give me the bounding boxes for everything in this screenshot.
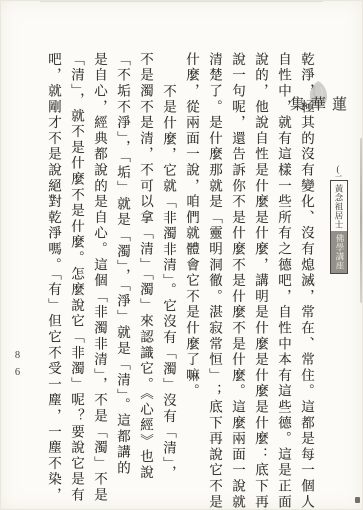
text-column: 是自心，經典都說的是自心。這個「非濁非清」，不是「濁」不是	[92, 52, 106, 503]
series-label: 佛學講座	[331, 231, 347, 273]
text-column: 說一句呢，還告訴你不是什麼不是什麼不是什麼。這麼兩面一說就	[230, 52, 244, 510]
author-name: 黃念祖居士	[332, 181, 346, 231]
text-column: 說的，他說自性是什麼是什麼，講明是什麼是什麼是什麼：底下再	[253, 52, 267, 510]
book-page: 蓮華集 (二) 黃念祖居士 佛學講座 乾淨，極其的沒有變化、沒有熄滅，常在、常住…	[0, 0, 363, 510]
page-number: 86	[12, 350, 23, 384]
author-label-box: 黃念祖居士 佛學講座	[330, 180, 348, 274]
scan-speck-artifact	[355, 497, 360, 503]
text-column: 什麼，從兩面一說，咱們就體會它不是什麼了嘛。	[184, 52, 198, 400]
text-column: 清楚了。是什麼那就是「靈明洞徹。湛寂常恒」；底下再說它不是	[207, 52, 221, 510]
text-columns: 乾淨，極其的沒有變化、沒有熄滅，常在、常住。這都是每一個人自性中，就有這樣一些所…	[46, 52, 313, 510]
text-column: 自性中，就有這樣一些所有之德吧，自性中本有這些德。這是正面	[276, 52, 290, 510]
scan-border-artifact	[40, 1, 323, 2]
text-column: 「不垢不淨」，「垢」就是「濁」，「淨」就是「清」。這都講的	[115, 52, 129, 476]
text-column: 不是什麼，它就「非濁非清」。它沒有「濁」沒有「清」，	[161, 52, 175, 481]
text-column: 乾淨，極其的沒有變化、沒有熄滅，常在、常住。這都是每一個人	[299, 52, 313, 510]
text-column: 不是濁不是清，不可以拿「清」「濁」來認識它。《心經》也說	[138, 52, 152, 481]
text-column: 吧，就剛才不是說絕對乾淨嗎。「有」但它不受一塵，一塵不染，	[46, 52, 60, 503]
scan-edge-artifact	[360, 138, 362, 303]
text-column: 「清」，就不是什麼不是什麼。怎麼說它「非濁」呢？要說它是有	[69, 52, 83, 503]
